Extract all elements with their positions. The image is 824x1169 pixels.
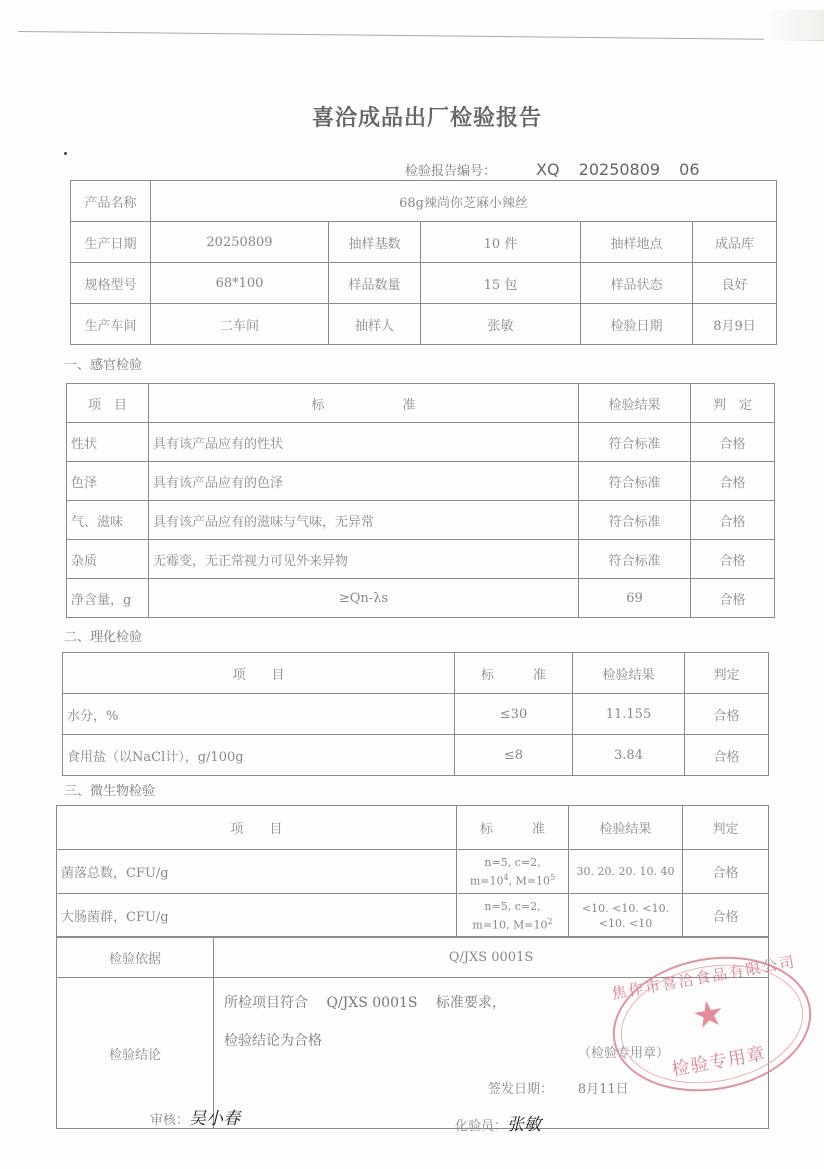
- col-result: 检验结果: [573, 653, 685, 694]
- basis-label: 检验依据: [57, 937, 214, 978]
- verdict: 合格: [685, 735, 769, 776]
- table-header-row: 项 目 标 准 检验结果 判定: [57, 806, 769, 850]
- standard-line1: n=5, c=2,: [484, 900, 540, 913]
- result: 符合标准: [579, 462, 691, 501]
- col-standard: 标 准: [149, 384, 579, 423]
- col-verdict: 判 定: [691, 384, 775, 423]
- scan-shadow: [764, 10, 824, 40]
- sample-qty: 15 包: [421, 263, 581, 304]
- prod-date-label: 生产日期: [71, 222, 151, 263]
- standard-m: m=10, M=10: [472, 918, 547, 931]
- star-icon: ★: [689, 992, 728, 1038]
- sampler: 张敏: [421, 304, 581, 345]
- verdict: 合格: [691, 423, 775, 462]
- sign-date-label: 签发日期：: [488, 1082, 553, 1097]
- conclusion-line2: 检验结论为合格: [224, 1030, 322, 1050]
- conclusion-line1: 所检项目符合 Q/JXS 0001S 标准要求，: [224, 992, 506, 1012]
- col-item: 项 目: [67, 384, 149, 423]
- section-physchem-title: 二、理化检验: [64, 626, 142, 645]
- page-edge-line: [18, 31, 824, 40]
- product-name: 68g辣尚你芝麻小辣丝: [151, 181, 777, 222]
- table-header-row: 项 目 标 准 检验结果 判 定: [67, 384, 775, 423]
- standard-M-exp: 2: [548, 917, 553, 926]
- col-result: 检验结果: [579, 384, 691, 423]
- verdict: 合格: [683, 850, 769, 894]
- standard: 具有该产品应有的色泽: [149, 462, 579, 501]
- standard: ≤8: [455, 735, 573, 776]
- workshop-label: 生产车间: [71, 304, 151, 345]
- report-number: 检验报告编号：XQ 20250809 06: [405, 160, 700, 179]
- sign-date: 签发日期： 8月11日: [488, 1078, 629, 1097]
- col-item: 项 目: [57, 806, 457, 850]
- product-name-label: 产品名称: [71, 181, 151, 222]
- sample-place: 成品库: [693, 222, 777, 263]
- col-item: 项 目: [63, 653, 455, 694]
- report-title: 喜洽成品出厂检验报告: [0, 101, 824, 132]
- tester-label: 化验员：: [455, 1119, 507, 1134]
- standard: ≤30: [455, 694, 573, 735]
- item: 净含量，g: [67, 579, 149, 618]
- result: 符合标准: [579, 540, 691, 579]
- report-number-label: 检验报告编号：: [405, 164, 496, 179]
- col-standard: 标 准: [455, 653, 573, 694]
- verdict: 合格: [685, 694, 769, 735]
- result: 3.84: [573, 735, 685, 776]
- standard: ≥Qn-λs: [149, 579, 579, 618]
- item: 色泽: [67, 462, 149, 501]
- standard: 具有该产品应有的性状: [149, 423, 579, 462]
- verdict: 合格: [691, 501, 775, 540]
- micro-table: 项 目 标 准 检验结果 判定 菌落总数，CFU/g n=5, c=2, m=1…: [56, 805, 769, 938]
- sensory-table: 项 目 标 准 检验结果 判 定 性状 具有该产品应有的性状 符合标准 合格 色…: [66, 383, 775, 618]
- item: 食用盐（以NaCl计），g/100g: [63, 735, 455, 776]
- col-verdict: 判定: [683, 806, 769, 850]
- result: <10. <10. <10. <10. <10: [569, 894, 683, 938]
- scan-speck: [64, 152, 67, 155]
- table-row: 食用盐（以NaCl计），g/100g ≤8 3.84 合格: [63, 735, 769, 776]
- inspect-date: 8月9日: [693, 304, 777, 345]
- col-standard: 标 准: [457, 806, 569, 850]
- table-row: 生产日期 20250809 抽样基数 10 件 抽样地点 成品库: [71, 222, 777, 263]
- result: 符合标准: [579, 423, 691, 462]
- physchem-table: 项 目 标 准 检验结果 判定 水分，% ≤30 11.155 合格 食用盐（以…: [62, 652, 769, 776]
- verdict: 合格: [691, 540, 775, 579]
- reviewer-signature: 审核：吴小春: [150, 1104, 240, 1129]
- table-row: 净含量，g ≥Qn-λs 69 合格: [67, 579, 775, 618]
- standard: 无霉变，无正常视力可见外来异物: [149, 540, 579, 579]
- reviewer-name: 吴小春: [189, 1109, 240, 1129]
- standard-M-exp: 5: [550, 873, 555, 882]
- table-row: 杂质 无霉变，无正常视力可见外来异物 符合标准 合格: [67, 540, 775, 579]
- product-info-table: 产品名称 68g辣尚你芝麻小辣丝 生产日期 20250809 抽样基数 10 件…: [70, 180, 777, 345]
- table-row: 气、滋味 具有该产品应有的滋味与气味，无异常 符合标准 合格: [67, 501, 775, 540]
- table-row: 性状 具有该产品应有的性状 符合标准 合格: [67, 423, 775, 462]
- item: 大肠菌群，CFU/g: [57, 894, 457, 938]
- sampler-label: 抽样人: [329, 304, 421, 345]
- result: 11.155: [573, 694, 685, 735]
- section-sensory-title: 一、感官检验: [64, 354, 142, 373]
- verdict: 合格: [691, 579, 775, 618]
- result: 30. 20. 20. 10. 40: [569, 850, 683, 894]
- verdict: 合格: [691, 462, 775, 501]
- item: 菌落总数，CFU/g: [57, 850, 457, 894]
- standard: n=5, c=2, m=10, M=102: [457, 894, 569, 938]
- result: 69: [579, 579, 691, 618]
- result: 符合标准: [579, 501, 691, 540]
- col-result: 检验结果: [569, 806, 683, 850]
- col-verdict: 判定: [685, 653, 769, 694]
- table-row: 规格型号 68*100 样品数量 15 包 样品状态 良好: [71, 263, 777, 304]
- sample-state: 良好: [693, 263, 777, 304]
- sample-place-label: 抽样地点: [581, 222, 693, 263]
- sample-qty-label: 样品数量: [329, 263, 421, 304]
- item: 杂质: [67, 540, 149, 579]
- standard-line1: n=5, c=2,: [484, 856, 540, 869]
- sign-date-value: 8月11日: [578, 1082, 629, 1097]
- standard-m: m=10: [470, 874, 504, 887]
- tester-name: 张敏: [507, 1115, 541, 1135]
- item: 水分，%: [63, 694, 455, 735]
- inspect-date-label: 检验日期: [581, 304, 693, 345]
- item: 性状: [67, 423, 149, 462]
- standard-M: , M=10: [509, 874, 550, 887]
- workshop: 二车间: [151, 304, 329, 345]
- spec-label: 规格型号: [71, 263, 151, 304]
- item: 气、滋味: [67, 501, 149, 540]
- section-micro-title: 三、微生物检验: [64, 780, 155, 799]
- table-row: 水分，% ≤30 11.155 合格: [63, 694, 769, 735]
- report-number-value: XQ 20250809 06: [536, 160, 700, 179]
- table-row: 色泽 具有该产品应有的色泽 符合标准 合格: [67, 462, 775, 501]
- table-header-row: 项 目 标 准 检验结果 判定: [63, 653, 769, 694]
- table-row: 产品名称 68g辣尚你芝麻小辣丝: [71, 181, 777, 222]
- sample-base-label: 抽样基数: [329, 222, 421, 263]
- tester-signature: 化验员：张敏: [455, 1110, 541, 1135]
- prod-date: 20250809: [151, 222, 329, 263]
- sample-base: 10 件: [421, 222, 581, 263]
- verdict: 合格: [683, 894, 769, 938]
- table-row: 菌落总数，CFU/g n=5, c=2, m=104, M=105 30. 20…: [57, 850, 769, 894]
- sample-state-label: 样品状态: [581, 263, 693, 304]
- reviewer-label: 审核：: [150, 1113, 189, 1128]
- table-row: 大肠菌群，CFU/g n=5, c=2, m=10, M=102 <10. <1…: [57, 894, 769, 938]
- spec: 68*100: [151, 263, 329, 304]
- table-row: 生产车间 二车间 抽样人 张敏 检验日期 8月9日: [71, 304, 777, 345]
- standard: 具有该产品应有的滋味与气味，无异常: [149, 501, 579, 540]
- standard: n=5, c=2, m=104, M=105: [457, 850, 569, 894]
